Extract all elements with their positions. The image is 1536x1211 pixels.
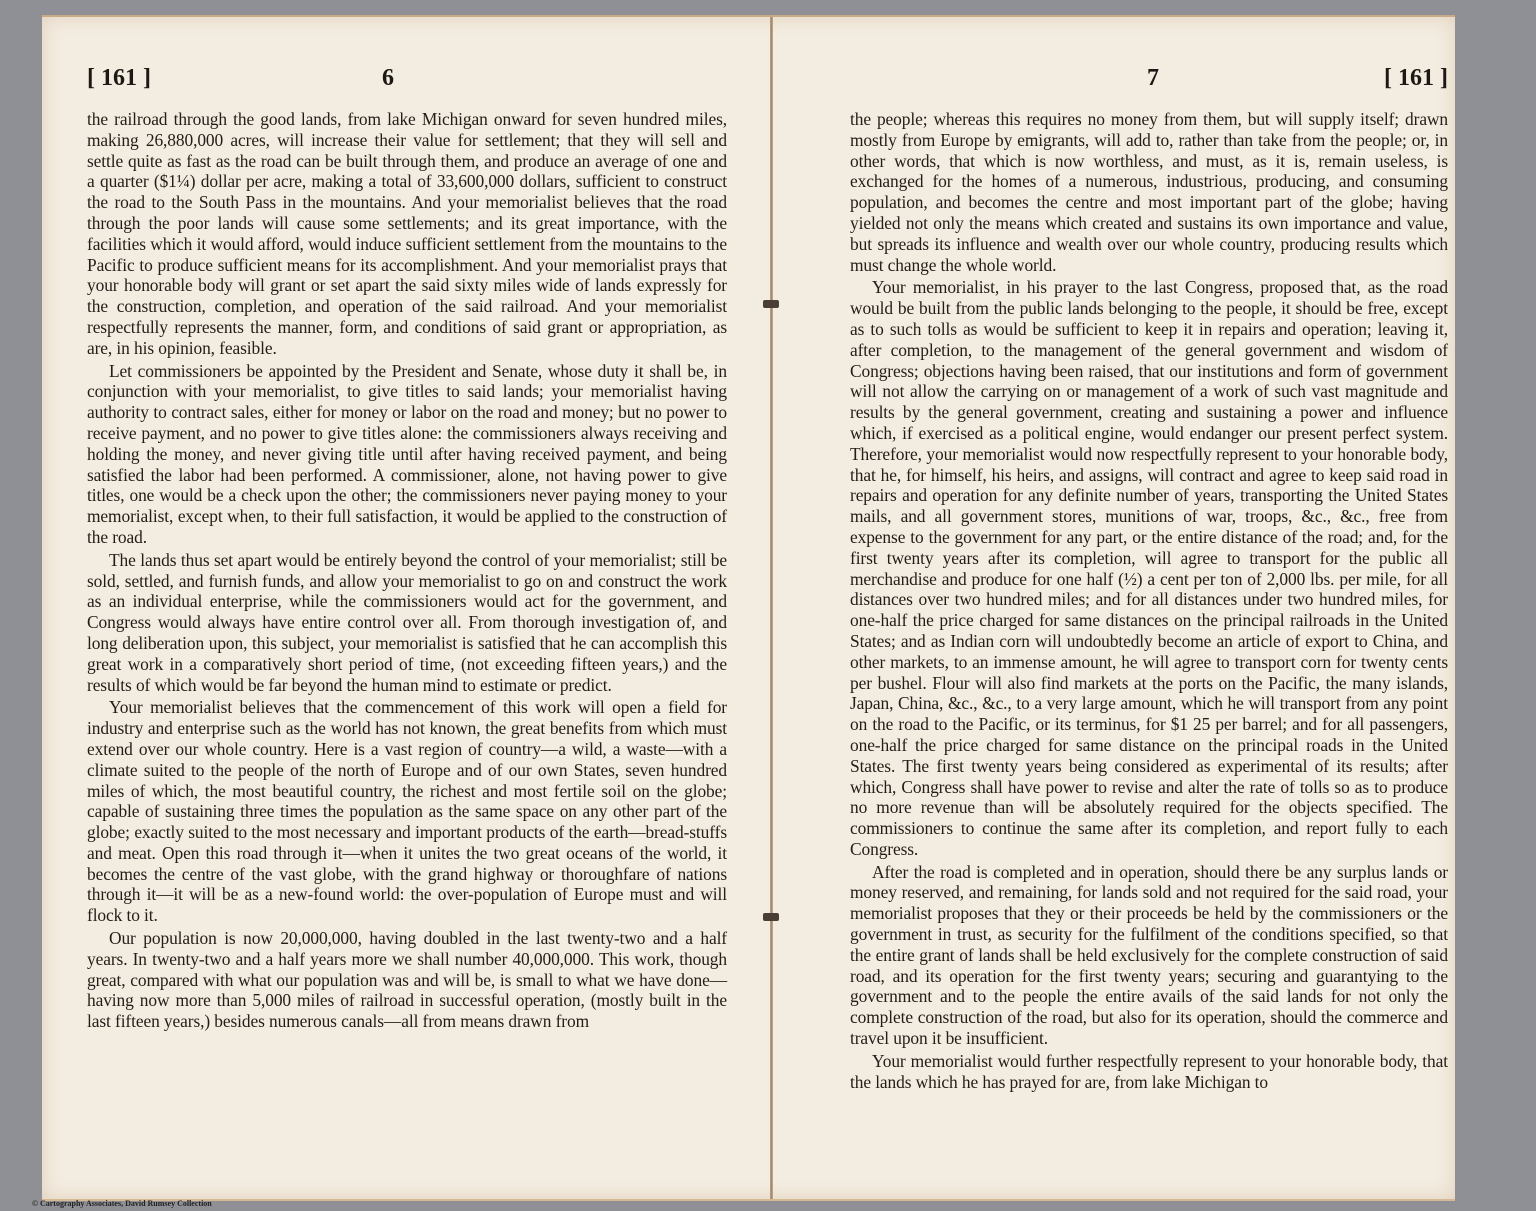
paragraph: Your memorialist believes that the comme…	[87, 697, 727, 926]
staple-mark	[763, 300, 779, 308]
paragraph: the railroad through the good lands, fro…	[87, 109, 727, 359]
paragraph: the people; whereas this requires no mon…	[850, 109, 1448, 275]
staple-mark	[763, 913, 779, 921]
page-number: 6	[382, 65, 394, 92]
book-spread: [ 161 ] 6 the railroad through the good …	[42, 15, 1455, 1201]
right-page-header: 7 [ 161 ]	[850, 17, 1448, 97]
paragraph: After the road is completed and in opera…	[850, 862, 1448, 1049]
paragraph: The lands thus set apart would be entire…	[87, 550, 727, 696]
page-number: 7	[1147, 65, 1159, 92]
left-page: [ 161 ] 6 the railroad through the good …	[87, 17, 727, 1199]
left-page-header: [ 161 ] 6	[87, 17, 727, 97]
right-page: 7 [ 161 ] the people; whereas this requi…	[850, 17, 1448, 1199]
paragraph: Let commissioners be appointed by the Pr…	[87, 361, 727, 548]
document-number: [ 161 ]	[87, 65, 151, 92]
paragraph: Your memorialist would further respectfu…	[850, 1051, 1448, 1093]
page-gutter	[770, 17, 773, 1199]
right-page-body: the people; whereas this requires no mon…	[850, 109, 1448, 1092]
paragraph: Your memorialist, in his prayer to the l…	[850, 277, 1448, 859]
left-page-body: the railroad through the good lands, fro…	[87, 109, 727, 1032]
document-number: [ 161 ]	[1384, 65, 1448, 92]
paragraph: Our population is now 20,000,000, having…	[87, 928, 727, 1032]
copyright-credit: © Cartography Associates, David Rumsey C…	[32, 1199, 212, 1208]
